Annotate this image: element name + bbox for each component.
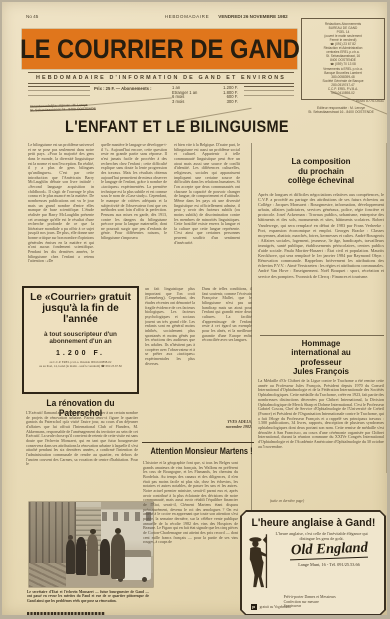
newspaper-page: No 45 HEBDOMADAIRE VENDREDI 26 NOVEMBRE … xyxy=(2,2,387,615)
ad-inner-frame: L'heure anglaise à Gand! xyxy=(242,512,385,615)
ad-content-row: L'heure anglaise, c'est celle de l'inévi… xyxy=(242,532,385,592)
article-signature: YVES ADELS, novembre 1982. xyxy=(198,420,252,430)
price-label: Prix : 25 F. — Abonnements : xyxy=(94,87,170,92)
promo-payment-details: au C.C.P. EREL p.v.b.a. Ostende 000-0410… xyxy=(27,361,134,369)
ad-services-list: Prêt-à-porter Dames et Messieurs Confect… xyxy=(284,595,385,610)
continued-note: (suite en dernière page) xyxy=(232,499,342,503)
newspaper-subtitle: HEBDOMADAIRE D'INFORMATION DE GAND ET EN… xyxy=(36,75,286,81)
ad-address: Lange Munt, 16 - Tél. 091/25.53.66 xyxy=(274,562,385,567)
martens-body: L'histoire et la géographie font que, si… xyxy=(143,461,238,615)
lead-article-column-1: Le bilinguisme est un problème universel… xyxy=(28,143,94,283)
free-subscription-box: Le «Courrier» gratuit jusqu'à la fin de … xyxy=(22,286,139,394)
newspaper-title: LE COURRIER DE GAND xyxy=(20,34,300,65)
photo-caption-smudge xyxy=(27,612,105,615)
martens-headline: Attention Monsieur Martens ! xyxy=(150,446,245,456)
paterschol-body: L'Exécutif flamand a accordé un soutien … xyxy=(26,411,138,499)
photo-figure xyxy=(87,534,98,576)
section-rule xyxy=(260,335,384,336)
college-body: Après de longues et difficiles négociati… xyxy=(258,192,384,332)
ad-text-column: L'heure anglaise, c'est celle de l'inévi… xyxy=(274,532,385,592)
rate-value: 300 F. xyxy=(227,100,238,105)
photo-figure xyxy=(111,534,125,578)
rate-term: 3 mois xyxy=(172,100,184,105)
street-photo xyxy=(29,502,153,587)
signature-date: novembre 1982. xyxy=(226,424,252,429)
hommage-body: La Médaille d'Or Chibret de la Ligue con… xyxy=(258,379,384,494)
parking-icon: P xyxy=(251,604,257,610)
page-edge-rule xyxy=(386,143,387,473)
lead-article-column-3: et bien vite à la Belgique. D'autre part… xyxy=(174,143,240,283)
lead-article-column-2: quelle manière le langage se développe-t… xyxy=(101,143,167,283)
lead-article-column-4: un fait linguistique plus important que … xyxy=(145,287,195,417)
guardsman-figure-icon xyxy=(242,532,274,592)
subscription-rates: 1 an1.200 F. Etranger 1 an1.800 F. 6 moi… xyxy=(172,86,238,104)
issue-number: No 45 xyxy=(26,14,38,19)
photo-figure xyxy=(76,537,86,575)
ad-title: L'heure anglaise à Gand! xyxy=(245,517,381,529)
subtitle-row: HEBDOMADAIRE D'INFORMATION DE GAND ET EN… xyxy=(28,72,294,84)
section-rule xyxy=(142,442,254,443)
photo-rubble xyxy=(29,563,66,587)
promo-price: 1.200 F. xyxy=(27,350,134,357)
photo-figure xyxy=(66,540,75,574)
bureau-info-box: Rédactions Abonnements BUREAU DE GAND PO… xyxy=(301,18,385,100)
imprint-left: Verantwoordelijke uitgever : M. Leroye S… xyxy=(30,102,134,113)
date-label: VENDREDI 26 NOVEMBRE 1982 xyxy=(207,14,299,19)
decorative-rules-right xyxy=(244,86,294,99)
photo-figure xyxy=(100,539,110,576)
college-headline: La composition du prochain collège échev… xyxy=(258,157,384,186)
hommage-headline: Hommage international au professeur Jule… xyxy=(264,339,378,376)
old-england-ad: L'heure anglaise à Gand! xyxy=(240,510,386,615)
masthead-band: LE COURRIER DE GAND xyxy=(22,29,297,69)
lead-article-column-5: Dans de telles conditions, il faut soute… xyxy=(202,287,252,417)
parking-note: gratuit au Vogelmarkt xyxy=(260,605,291,609)
promo-title: Le «Courrier» gratuit jusqu'à la fin de … xyxy=(29,292,133,326)
lead-article-headline: L'ENFANT ET LE BILINGUISME xyxy=(49,118,304,139)
decorative-rules-left xyxy=(28,86,90,99)
photo-caption: Le secrétaire d'État et l'échevin Monsae… xyxy=(27,590,149,611)
promo-subtitle: à tout souscripteur d'un abonnement d'un… xyxy=(27,331,134,346)
